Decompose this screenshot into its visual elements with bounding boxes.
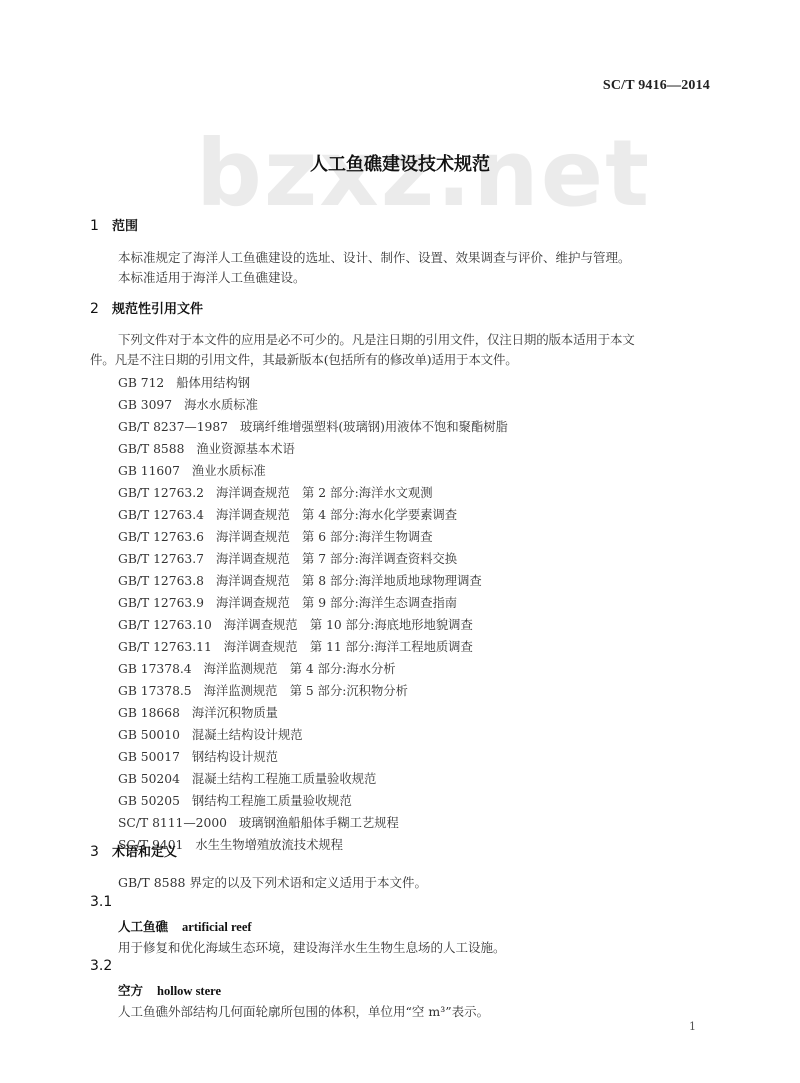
reference-code: GB/T 12763.8 bbox=[118, 574, 204, 588]
paragraph: 本标准规定了海洋人工鱼礁建设的选址、设计、制作、设置、效果调查与评价、维护与管理… bbox=[118, 248, 631, 266]
reference-title: 船体用结构钢 bbox=[176, 376, 250, 390]
term-en: artificial reef bbox=[182, 920, 252, 934]
page-number: 1 bbox=[689, 1020, 696, 1033]
reference-title: 海洋调查规范 第 2 部分:海洋水文观测 bbox=[216, 486, 433, 500]
reference-code: GB/T 12763.4 bbox=[118, 508, 204, 522]
reference-code: GB 50205 bbox=[118, 794, 180, 808]
reference-item: GB/T 12763.6海洋调查规范 第 6 部分:海洋生物调查 bbox=[118, 527, 433, 545]
paragraph: 下列文件对于本文件的应用是必不可少的。凡是注日期的引用文件，仅注日期的版本适用于… bbox=[118, 330, 635, 348]
reference-item: GB/T 12763.8海洋调查规范 第 8 部分:海洋地质地球物理调查 bbox=[118, 571, 482, 589]
reference-code: GB/T 12763.6 bbox=[118, 530, 204, 544]
term-zh: 空方 bbox=[118, 983, 143, 998]
reference-item: GB/T 8237—1987玻璃纤维增强塑料(玻璃钢)用液体不饱和聚酯树脂 bbox=[118, 417, 508, 435]
paragraph: 件。凡是不注日期的引用文件，其最新版本(包括所有的修改单)适用于本文件。 bbox=[90, 350, 518, 368]
reference-title: 海洋监测规范 第 4 部分:海水分析 bbox=[204, 662, 396, 676]
reference-item: GB/T 12763.2海洋调查规范 第 2 部分:海洋水文观测 bbox=[118, 483, 433, 501]
reference-item: GB 17378.5海洋监测规范 第 5 部分:沉积物分析 bbox=[118, 681, 408, 699]
reference-title: 混凝土结构设计规范 bbox=[192, 728, 303, 742]
reference-title: 海洋沉积物质量 bbox=[192, 706, 278, 720]
section-3-heading: 3术语和定义 bbox=[90, 841, 177, 860]
reference-code: SC/T 8111—2000 bbox=[118, 816, 227, 830]
section-title: 术语和定义 bbox=[112, 845, 177, 860]
reference-title: 钢结构设计规范 bbox=[192, 750, 278, 764]
reference-code: GB/T 12763.11 bbox=[118, 640, 212, 654]
standard-code: SC/T 9416—2014 bbox=[603, 78, 710, 94]
paragraph: 本标准适用于海洋人工鱼礁建设。 bbox=[118, 268, 306, 286]
reference-code: GB/T 12763.2 bbox=[118, 486, 204, 500]
section-number: 1 bbox=[90, 218, 112, 234]
reference-title: 渔业资源基本术语 bbox=[196, 442, 294, 456]
reference-item: GB 3097海水水质标准 bbox=[118, 395, 258, 413]
reference-item: GB/T 12763.4海洋调查规范 第 4 部分:海水化学要素调查 bbox=[118, 505, 457, 523]
reference-title: 海洋调查规范 第 4 部分:海水化学要素调查 bbox=[216, 508, 457, 522]
section-title: 规范性引用文件 bbox=[112, 302, 203, 317]
reference-title: 海水水质标准 bbox=[184, 398, 258, 412]
reference-code: GB/T 12763.10 bbox=[118, 618, 212, 632]
reference-title: 玻璃纤维增强塑料(玻璃钢)用液体不饱和聚酯树脂 bbox=[240, 420, 508, 434]
reference-item: GB 50205钢结构工程施工质量验收规范 bbox=[118, 791, 352, 809]
term-heading: 空方hollow stere bbox=[118, 981, 221, 999]
section-title: 范围 bbox=[112, 219, 138, 234]
reference-item: GB/T 12763.11海洋调查规范 第 11 部分:海洋工程地质调查 bbox=[118, 637, 473, 655]
section-number: 3 bbox=[90, 844, 112, 860]
reference-code: GB 712 bbox=[118, 376, 164, 390]
clause-number: 3.1 bbox=[90, 894, 112, 910]
document-page: bzxz.net SC/T 9416—2014 人工鱼礁建设技术规范 1范围 本… bbox=[0, 0, 800, 1083]
reference-item: GB 50204混凝土结构工程施工质量验收规范 bbox=[118, 769, 376, 787]
reference-title: 水生生物增殖放流技术规程 bbox=[195, 838, 343, 852]
reference-item: GB/T 8588渔业资源基本术语 bbox=[118, 439, 295, 457]
reference-item: GB 17378.4海洋监测规范 第 4 部分:海水分析 bbox=[118, 659, 396, 677]
reference-title: 海洋调查规范 第 6 部分:海洋生物调查 bbox=[216, 530, 433, 544]
reference-item: GB/T 12763.7海洋调查规范 第 7 部分:海洋调查资料交换 bbox=[118, 549, 457, 567]
reference-title: 海洋调查规范 第 10 部分:海底地形地貌调查 bbox=[224, 618, 473, 632]
reference-item: SC/T 8111—2000玻璃钢渔船船体手糊工艺规程 bbox=[118, 813, 399, 831]
clause-number: 3.2 bbox=[90, 958, 112, 974]
reference-item: GB 11607渔业水质标准 bbox=[118, 461, 266, 479]
reference-title: 海洋调查规范 第 8 部分:海洋地质地球物理调查 bbox=[216, 574, 482, 588]
term-zh: 人工鱼礁 bbox=[118, 919, 168, 934]
term-heading: 人工鱼礁artificial reef bbox=[118, 917, 252, 935]
reference-item: GB 50010混凝土结构设计规范 bbox=[118, 725, 303, 743]
section-1-heading: 1范围 bbox=[90, 215, 138, 234]
reference-code: GB 17378.4 bbox=[118, 662, 192, 676]
reference-title: 海洋监测规范 第 5 部分:沉积物分析 bbox=[204, 684, 408, 698]
reference-title: 钢结构工程施工质量验收规范 bbox=[192, 794, 352, 808]
reference-title: 海洋调查规范 第 11 部分:海洋工程地质调查 bbox=[224, 640, 473, 654]
reference-code: GB/T 8588 bbox=[118, 442, 184, 456]
reference-item: GB 18668海洋沉积物质量 bbox=[118, 703, 278, 721]
reference-code: GB 50010 bbox=[118, 728, 180, 742]
reference-title: 混凝土结构工程施工质量验收规范 bbox=[192, 772, 376, 786]
reference-item: GB 50017钢结构设计规范 bbox=[118, 747, 278, 765]
reference-code: GB 11607 bbox=[118, 464, 180, 478]
reference-title: 玻璃钢渔船船体手糊工艺规程 bbox=[239, 816, 399, 830]
reference-title: 海洋调查规范 第 7 部分:海洋调查资料交换 bbox=[216, 552, 457, 566]
reference-title: 渔业水质标准 bbox=[192, 464, 266, 478]
reference-item: GB/T 12763.9海洋调查规范 第 9 部分:海洋生态调查指南 bbox=[118, 593, 457, 611]
reference-item: GB 712船体用结构钢 bbox=[118, 373, 250, 391]
term-en: hollow stere bbox=[157, 984, 221, 998]
term-definition: 用于修复和优化海域生态环境，建设海洋水生生物生息场的人工设施。 bbox=[118, 938, 506, 956]
reference-code: GB 3097 bbox=[118, 398, 172, 412]
reference-item: GB/T 12763.10海洋调查规范 第 10 部分:海底地形地貌调查 bbox=[118, 615, 473, 633]
reference-code: GB 50017 bbox=[118, 750, 180, 764]
reference-title: 海洋调查规范 第 9 部分:海洋生态调查指南 bbox=[216, 596, 457, 610]
term-definition: 人工鱼礁外部结构几何面轮廓所包围的体积，单位用“空 m³”表示。 bbox=[118, 1002, 489, 1020]
section-number: 2 bbox=[90, 301, 112, 317]
section-2-heading: 2规范性引用文件 bbox=[90, 298, 203, 317]
reference-code: GB 17378.5 bbox=[118, 684, 192, 698]
reference-code: GB/T 8237—1987 bbox=[118, 420, 228, 434]
reference-code: GB/T 12763.7 bbox=[118, 552, 204, 566]
reference-code: GB 18668 bbox=[118, 706, 180, 720]
document-title: 人工鱼礁建设技术规范 bbox=[0, 150, 800, 176]
paragraph: GB/T 8588 界定的以及下列术语和定义适用于本文件。 bbox=[118, 873, 427, 891]
reference-code: GB 50204 bbox=[118, 772, 180, 786]
reference-code: GB/T 12763.9 bbox=[118, 596, 204, 610]
